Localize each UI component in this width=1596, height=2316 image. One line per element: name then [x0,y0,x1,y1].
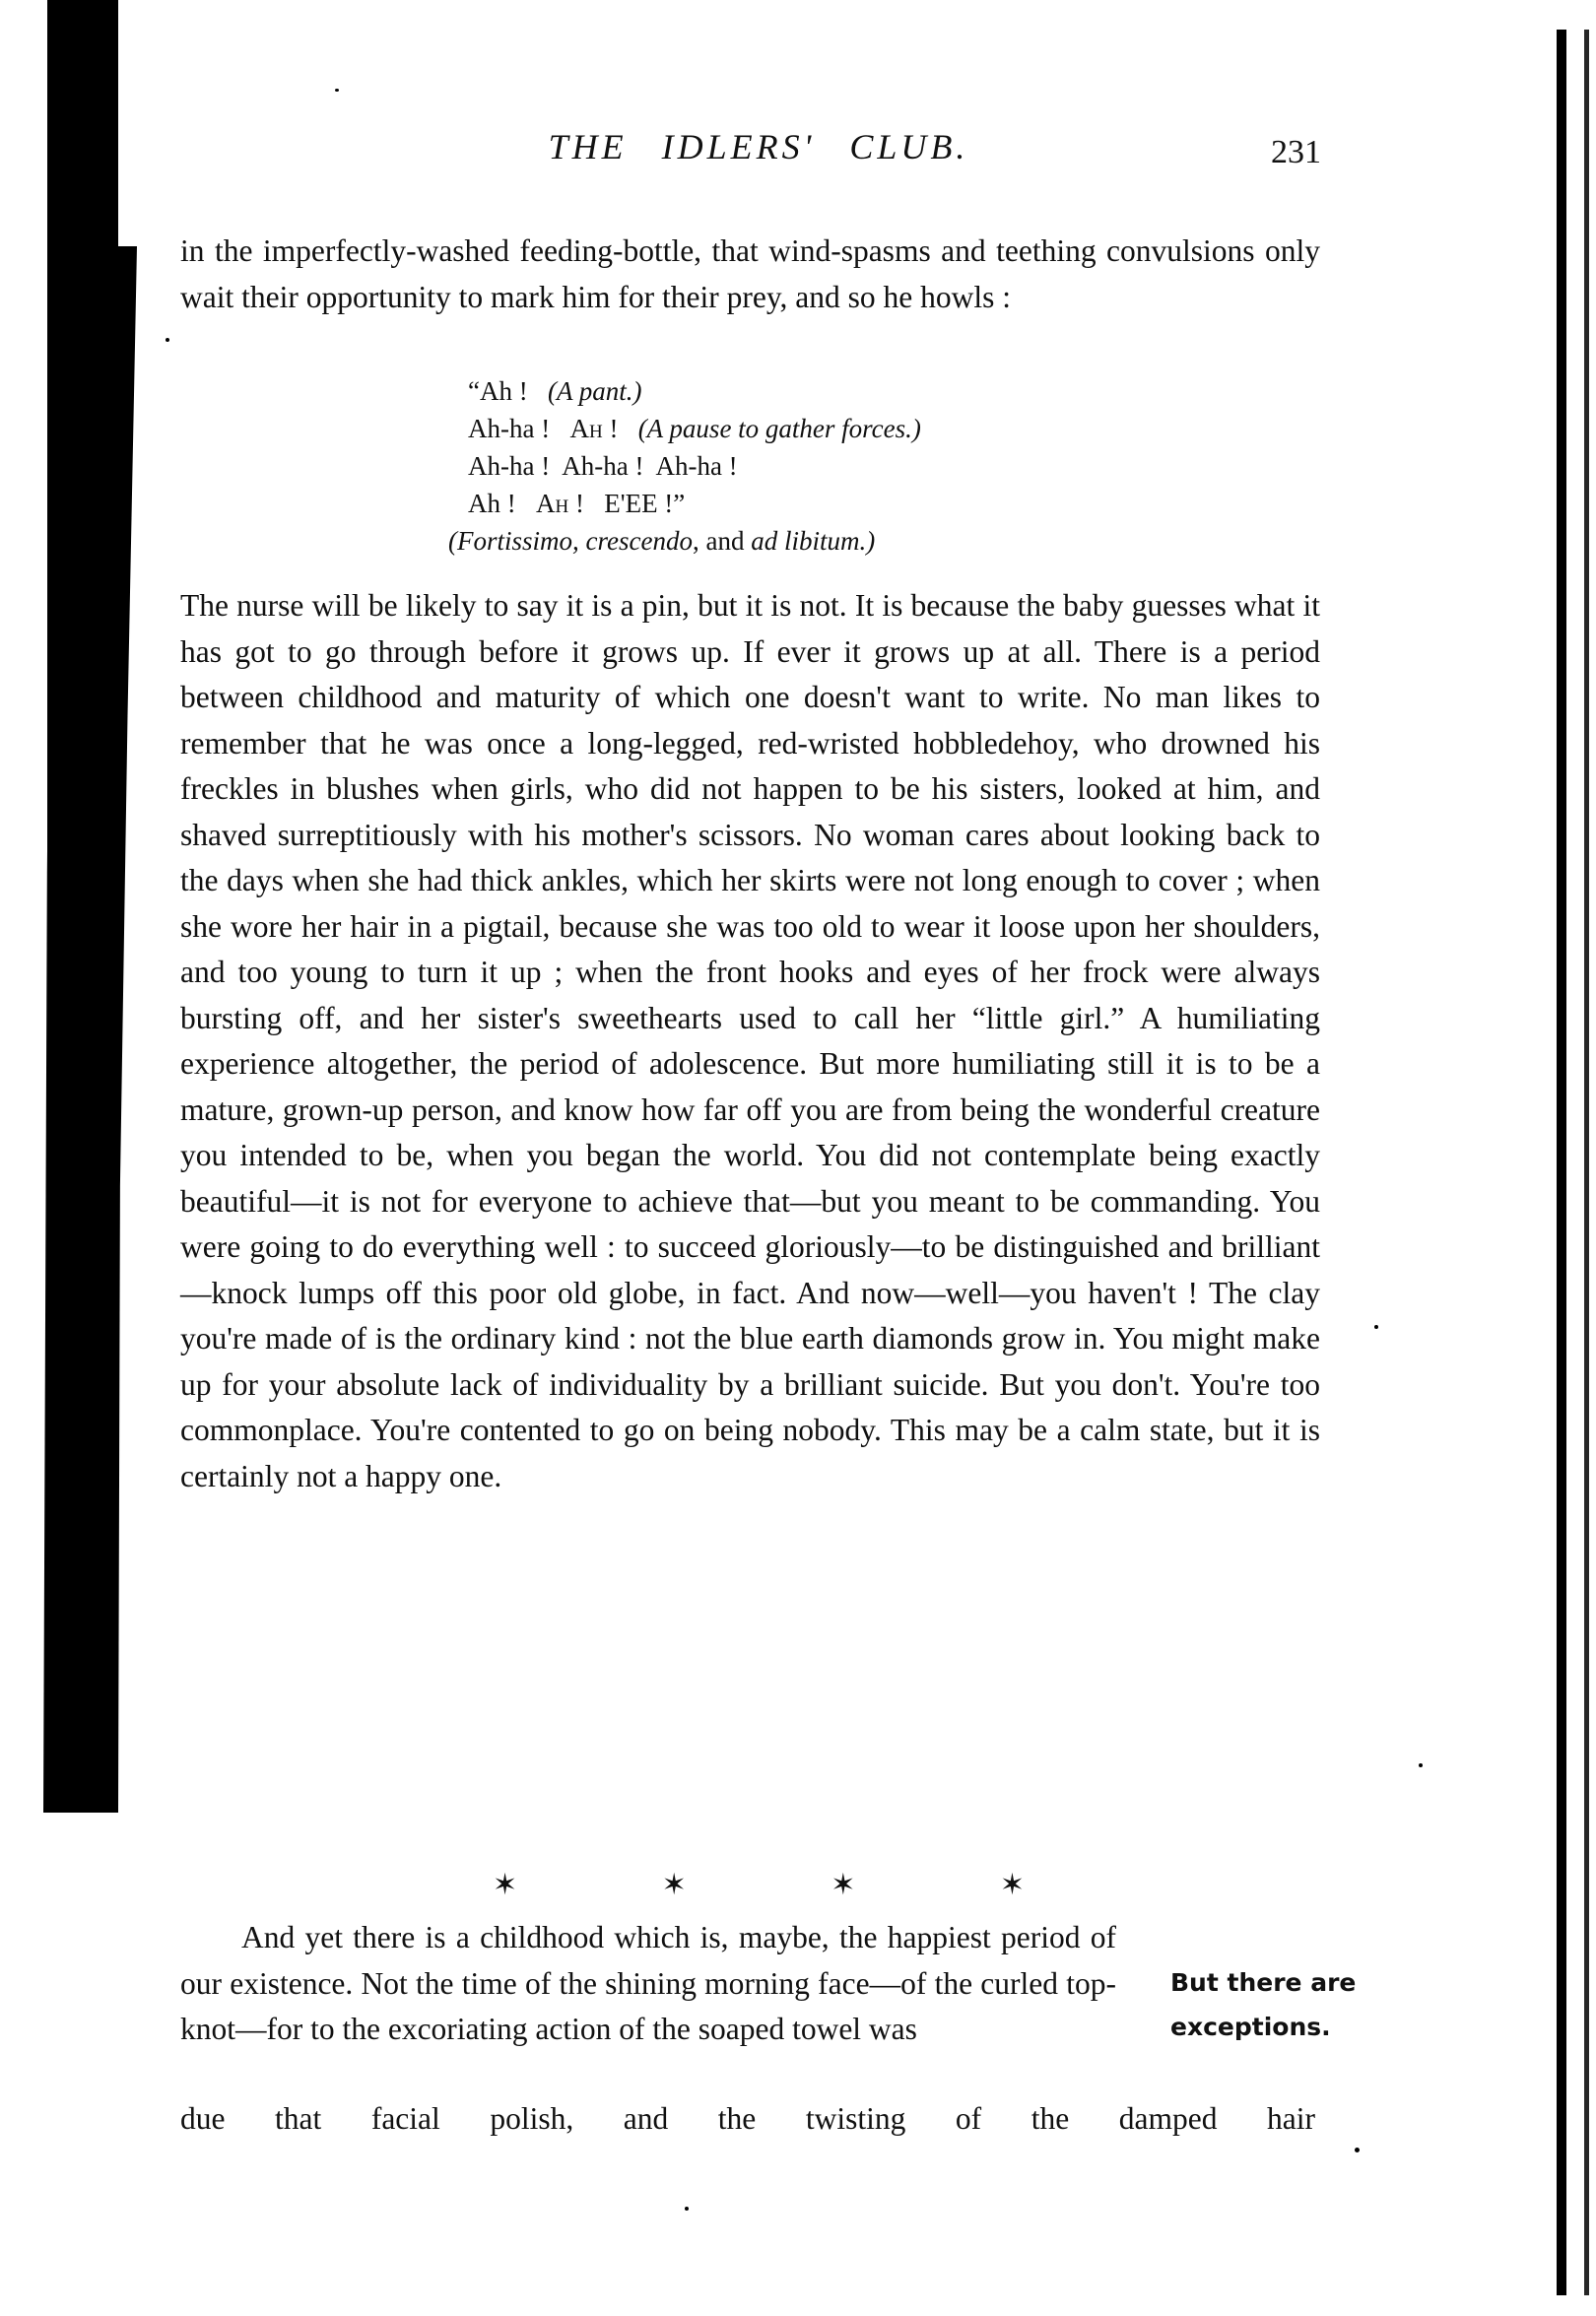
paragraph-continuation-line: due that facial polish, and the twisting… [180,2096,1315,2143]
paragraph-text: The nurse will be likely to say it is a … [180,583,1320,1499]
verse-speech: “Ah ! [468,376,528,406]
margin-note-line: But there are [1170,1960,1356,2005]
paragraph-text: And yet there is a childhood which is, m… [180,1915,1116,2053]
scan-speck [1374,1325,1378,1329]
margin-note-line: exceptions. [1170,2005,1356,2049]
paragraph-text: in the imperfectly-washed feeding-bottle… [180,229,1320,320]
cue-and: , and [693,526,751,556]
cue-ad-libitum: ad libitum.) [751,526,875,556]
verse-speech: Ah-ha ! [468,414,550,443]
margin-note: But there are exceptions. [1170,1960,1356,2049]
running-head-title: THE IDLERS' CLUB. [549,127,969,166]
scan-binding-shadow-edge [43,246,137,1813]
verse-speech: Ah ! [536,489,584,518]
verse-performance-cue: (Fortissimo, crescendo, and ad libitum.) [448,522,901,560]
scan-speck [166,338,169,342]
page-number: 231 [1271,134,1321,171]
star-icon: ✶ [662,1868,687,1902]
verse-speech: Ah ! [468,489,516,518]
cue-paren: ( [448,526,457,556]
star-icon: ✶ [831,1868,855,1902]
scan-edge-line [1557,30,1566,2295]
running-head: THE IDLERS' CLUB. [0,126,1596,167]
verse-line: Ah-ha ! Ah-ha ! Ah-ha ! [468,447,921,485]
scan-edge-line [1584,30,1589,2295]
scan-speck [1419,1763,1423,1767]
section-break: ✶ ✶ ✶ ✶ [493,1868,1025,1902]
star-icon: ✶ [493,1868,517,1902]
verse-speech: Ah ! [569,414,618,443]
verse-line: Ah-ha ! Ah ! (A pause to gather forces.) [468,410,921,447]
scan-speck [685,2207,689,2211]
cue-fortissimo: Fortissimo, crescendo [457,526,693,556]
verse-stage-direction: (A pause to gather forces.) [638,414,921,443]
paragraph-adolescence: The nurse will be likely to say it is a … [180,583,1320,1499]
verse-line: “Ah ! (A pant.) [468,372,921,410]
verse-stage-direction: (A pant.) [548,376,642,406]
scan-speck [335,89,339,92]
scan-speck [1355,2148,1360,2152]
star-icon: ✶ [1000,1868,1025,1902]
verse-line: Ah ! Ah ! E'EE !” [468,485,921,522]
paragraph-childhood: And yet there is a childhood which is, m… [180,1915,1116,2053]
verse-speech: E'EE !” [604,489,685,518]
paragraph-opening: in the imperfectly-washed feeding-bottle… [180,229,1320,320]
baby-howl-verse: “Ah ! (A pant.) Ah-ha ! Ah ! (A pause to… [468,372,921,560]
